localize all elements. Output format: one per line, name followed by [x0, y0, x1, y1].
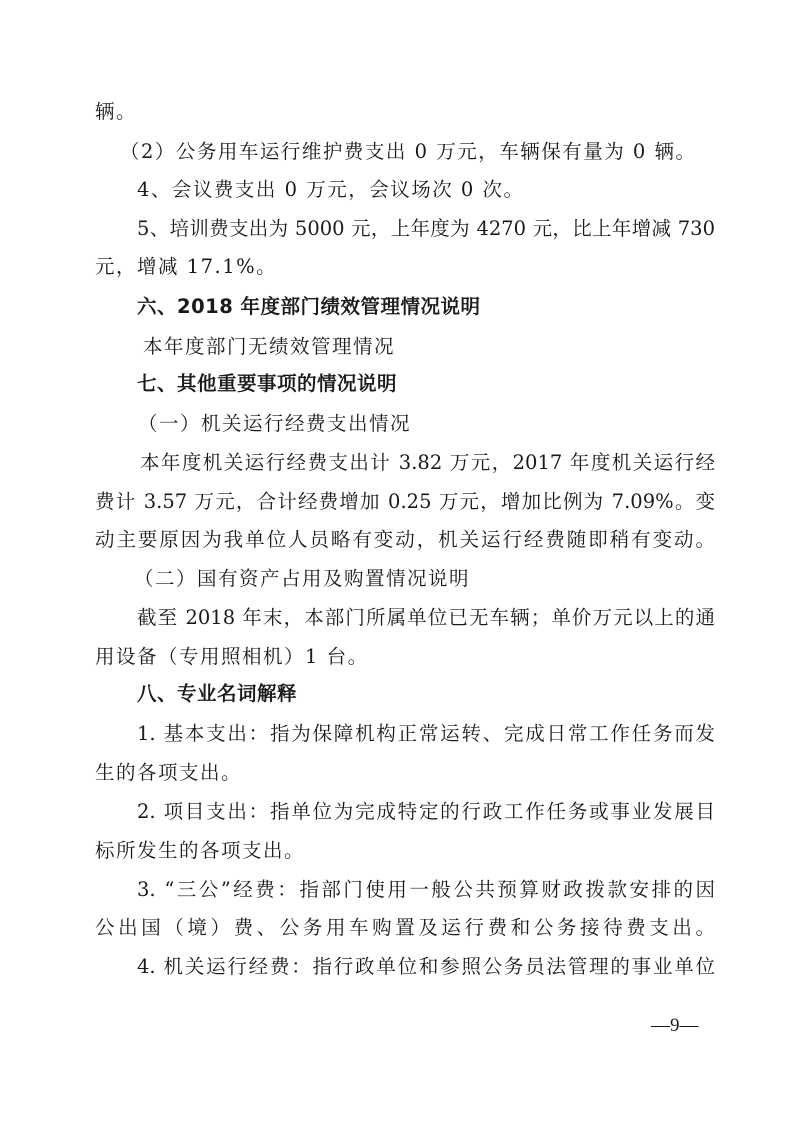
body-text-line: 动主要原因为我单位人员略有变动，机关运行经费随即稍有变动。 — [95, 528, 715, 552]
body-text-line: 生的各项支出。 — [95, 761, 715, 785]
body-text-line: 4. 机关运行经费：指行政单位和参照公务员法管理的事业单位 — [137, 955, 715, 979]
body-text-line: 5、培训费支出为 5000 元，上年度为 4270 元，比上年增减 730 — [137, 217, 715, 241]
page-number: —9— — [651, 1015, 699, 1037]
body-text-line: 本年度机关运行经费支出计 3.82 万元，2017 年度机关运行经 — [140, 451, 715, 475]
body-text-line: 辆。 — [95, 100, 715, 124]
body-text-line: 本年度部门无绩效管理情况 — [143, 335, 763, 359]
section-heading: 七、其他重要事项的情况说明 — [137, 372, 715, 396]
body-text-line: （2）公务用车运行维护费支出 0 万元，车辆保有量为 0 辆。 — [120, 140, 740, 164]
subsection-heading: （一）机关运行经费支出情况 — [138, 412, 758, 436]
section-heading: 八、专业名词解释 — [137, 682, 715, 706]
body-text-line: 1. 基本支出：指为保障机构正常运转、完成日常工作任务而发 — [137, 722, 715, 746]
body-text-line: 元，增减 17.1%。 — [95, 255, 715, 279]
body-text-line: 4、会议费支出 0 万元，会议场次 0 次。 — [137, 178, 715, 202]
body-text-line: 2. 项目支出：指单位为完成特定的行政工作任务或事业发展目 — [137, 800, 715, 824]
subsection-heading: （二）国有资产占用及购置情况说明 — [134, 567, 754, 591]
body-text-line: 用设备（专用照相机）1 台。 — [95, 645, 715, 669]
body-text-line: 标所发生的各项支出。 — [95, 839, 715, 863]
body-text-line: 公出国（境）费、公务用车购置及运行费和公务接待费支出。 — [95, 916, 715, 940]
body-text-line: 3. “三公”经费：指部门使用一般公共预算财政拨款安排的因 — [137, 878, 715, 902]
body-text-line: 费计 3.57 万元，合计经费增加 0.25 万元，增加比例为 7.09%。变 — [95, 490, 715, 514]
body-text-line: 截至 2018 年末，本部门所属单位已无车辆；单价万元以上的通 — [137, 606, 715, 630]
section-heading: 六、2018 年度部门绩效管理情况说明 — [137, 295, 715, 319]
